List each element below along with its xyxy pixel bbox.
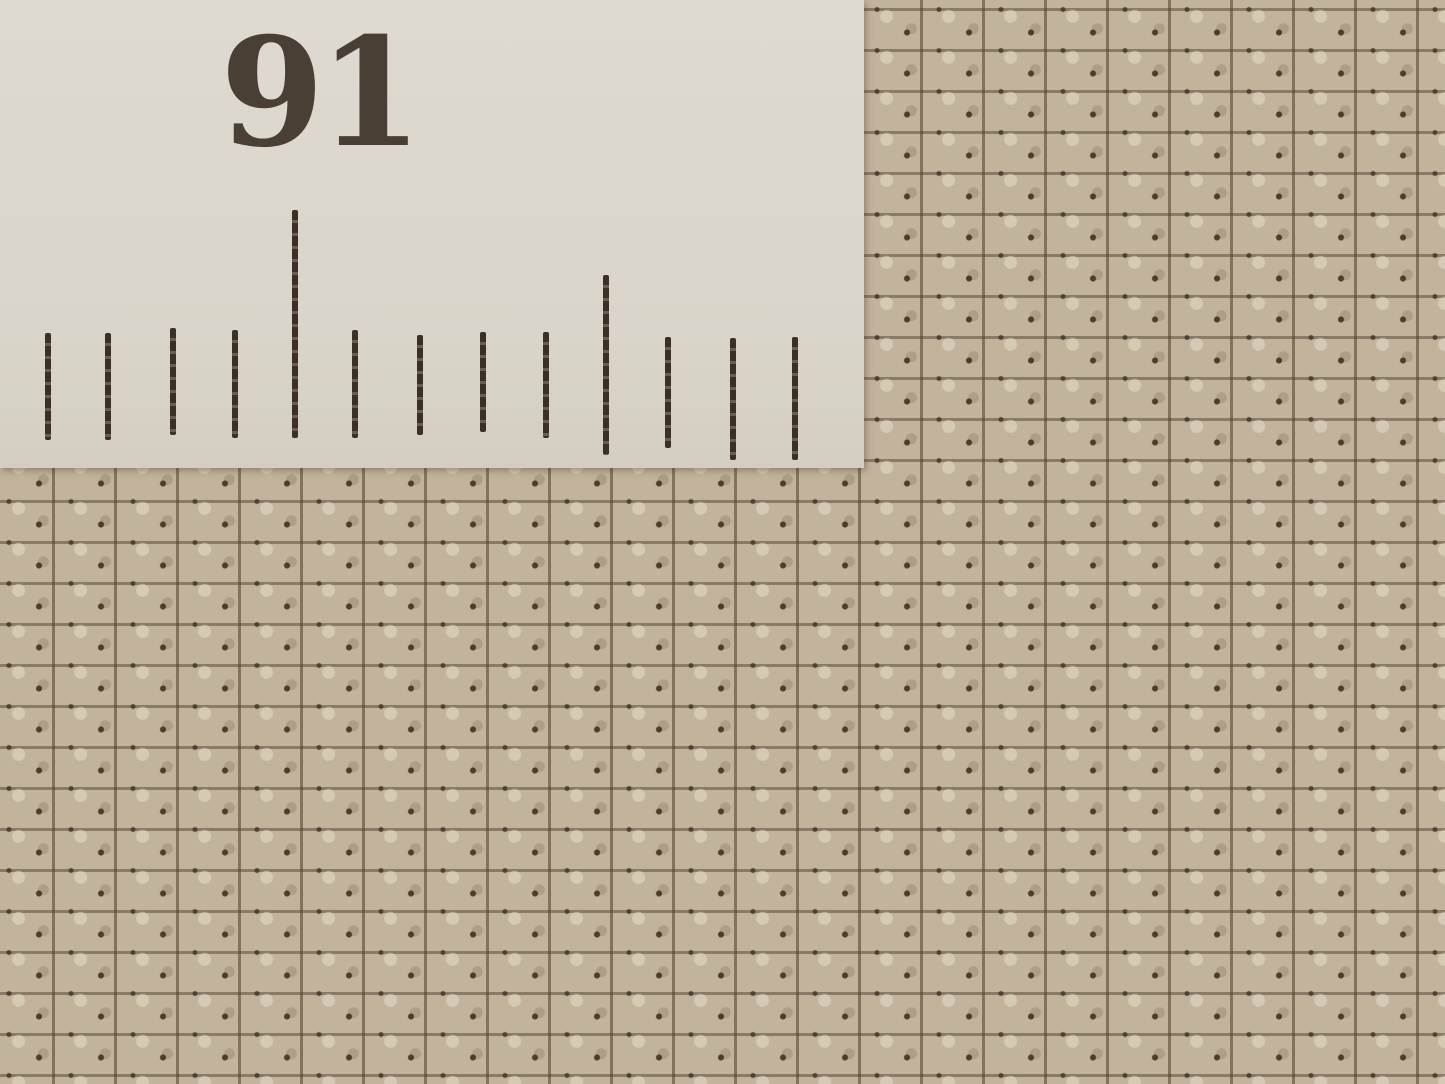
ruler-number-label: 91 — [220, 18, 417, 168]
ruler-tick-mid — [603, 275, 609, 455]
ruler-tick-minor — [480, 332, 486, 432]
ruler-tick-minor — [232, 330, 238, 438]
ruler-tick-minor — [665, 337, 671, 448]
ruler: 91 — [0, 0, 864, 468]
ruler-tick-minor — [170, 328, 176, 435]
ruler-tick-minor — [792, 337, 798, 460]
ruler-tick-minor — [352, 330, 358, 438]
ruler-tick-major — [292, 210, 298, 438]
ruler-tick-minor — [417, 335, 423, 435]
ruler-tick-minor — [105, 333, 111, 440]
ruler-tick-minor — [45, 333, 51, 440]
ruler-tick-minor — [543, 332, 549, 438]
ruler-tick-minor — [730, 338, 736, 460]
